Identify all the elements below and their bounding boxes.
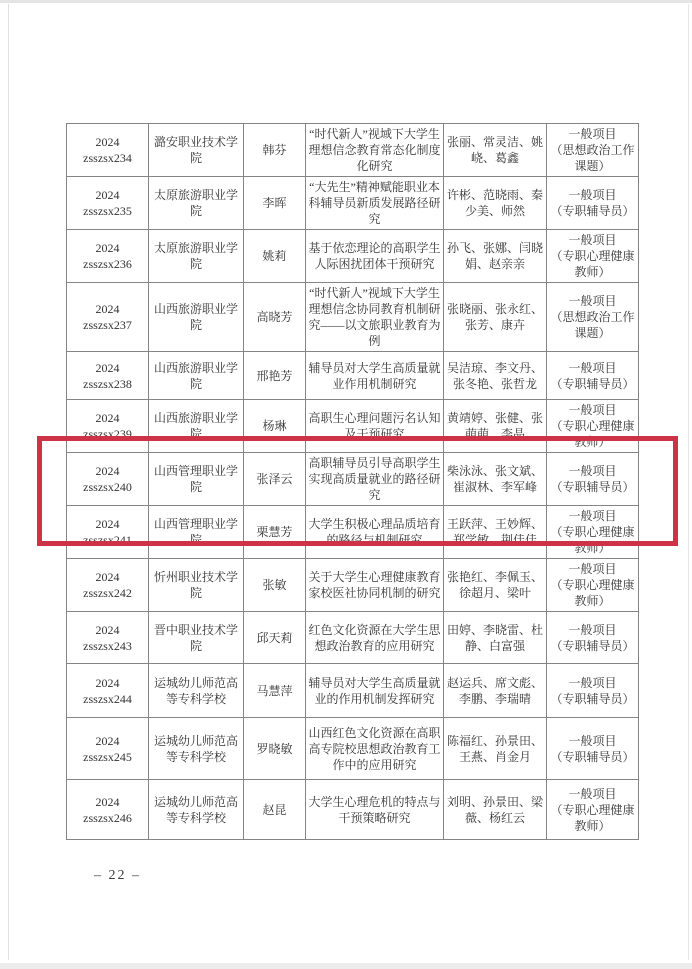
project-number: zsszsx244 <box>69 691 146 707</box>
cell-project-title: 辅导员对大学生高质量就业的作用机制发挥研究 <box>306 664 444 718</box>
cell-members: 黄靖婷、张健、张萌萌、李晶 <box>444 400 547 453</box>
project-year: 2024 <box>69 463 146 479</box>
cell-members: 王跃萍、王妙辉、郑学敏、荆佳佳 <box>444 506 547 559</box>
page-edge-top <box>0 0 692 3</box>
project-year: 2024 <box>69 187 146 203</box>
cell-project-code: 2024 zsszsx245 <box>67 718 149 780</box>
project-year: 2024 <box>69 410 146 426</box>
project-type-sub: （专职辅导员） <box>549 691 636 707</box>
cell-project-type: 一般项目 （专职心理健康教师） <box>547 400 639 453</box>
cell-project-title: 关于大学生心理健康教育家校医社协同机制的研究 <box>306 559 444 612</box>
project-number: zsszsx237 <box>69 317 146 333</box>
project-type-sub: （专职心理健康教师） <box>549 577 636 609</box>
project-type-main: 一般项目 <box>549 733 636 749</box>
cell-project-code: 2024 zsszsx238 <box>67 352 149 400</box>
cell-project-title: “时代新人”视域下大学生理想信念教育常态化制度化研究 <box>306 124 444 177</box>
cell-leader: 邢艳芳 <box>244 352 306 400</box>
cell-project-type: 一般项目 （专职辅导员） <box>547 177 639 230</box>
project-number: zsszsx240 <box>69 479 146 495</box>
project-number: zsszsx242 <box>69 585 146 601</box>
project-type-main: 一般项目 <box>549 463 636 479</box>
cell-leader: 李晖 <box>244 177 306 230</box>
project-type-main: 一般项目 <box>549 360 636 376</box>
cell-project-code: 2024 zsszsx241 <box>67 506 149 559</box>
project-year: 2024 <box>69 733 146 749</box>
cell-project-code: 2024 zsszsx243 <box>67 612 149 664</box>
project-type-main: 一般项目 <box>549 561 636 577</box>
cell-project-title: 大学生积极心理品质培育的路径与机制研究 <box>306 506 444 559</box>
table-row: 2024 zsszsx237 山西旅游职业学院 高晓芳 “时代新人”视域下大学生… <box>67 283 639 352</box>
cell-members: 张晓丽、张永红、张芳、康卉 <box>444 283 547 352</box>
project-type-sub: （专职心理健康教师） <box>549 802 636 834</box>
project-year: 2024 <box>69 134 146 150</box>
cell-project-type: 一般项目 （思想政治工作课题） <box>547 124 639 177</box>
project-type-main: 一般项目 <box>549 508 636 524</box>
cell-institution: 运城幼儿师范高等专科学校 <box>149 664 244 718</box>
project-year: 2024 <box>69 360 146 376</box>
table-row: 2024 zsszsx244 运城幼儿师范高等专科学校 马慧萍 辅导员对大学生高… <box>67 664 639 718</box>
projects-table: 2024 zsszsx234 潞安职业技术学院 韩芬 “时代新人”视域下大学生理… <box>66 123 639 840</box>
table-row: 2024 zsszsx234 潞安职业技术学院 韩芬 “时代新人”视域下大学生理… <box>67 124 639 177</box>
project-type-main: 一般项目 <box>549 126 636 142</box>
table-row: 2024 zsszsx246 运城幼儿师范高等专科学校 赵昆 大学生心理危机的特… <box>67 780 639 840</box>
project-type-main: 一般项目 <box>549 786 636 802</box>
project-number: zsszsx238 <box>69 376 146 392</box>
cell-project-code: 2024 zsszsx234 <box>67 124 149 177</box>
cell-leader: 韩芬 <box>244 124 306 177</box>
cell-project-type: 一般项目 （专职辅导员） <box>547 718 639 780</box>
project-type-sub: （专职辅导员） <box>549 638 636 654</box>
cell-leader: 栗慧芳 <box>244 506 306 559</box>
cell-project-type: 一般项目 （思想政治工作课题） <box>547 283 639 352</box>
cell-institution: 山西旅游职业学院 <box>149 352 244 400</box>
table-row: 2024 zsszsx235 太原旅游职业学院 李晖 “大先生”精神赋能职业本科… <box>67 177 639 230</box>
project-number: zsszsx245 <box>69 749 146 765</box>
project-type-sub: （专职辅导员） <box>549 376 636 392</box>
cell-members: 陈福红、孙景田、王燕、肖金月 <box>444 718 547 780</box>
cell-institution: 山西旅游职业学院 <box>149 400 244 453</box>
table-row: 2024 zsszsx242 忻州职业技术学院 张敏 关于大学生心理健康教育家校… <box>67 559 639 612</box>
project-year: 2024 <box>69 794 146 810</box>
cell-leader: 赵昆 <box>244 780 306 840</box>
cell-members: 赵运兵、席文彪、李鹏、李瑞晴 <box>444 664 547 718</box>
cell-leader: 高晓芳 <box>244 283 306 352</box>
cell-members: 孙飞、张娜、闫晓娟、赵亲亲 <box>444 230 547 283</box>
cell-project-code: 2024 zsszsx237 <box>67 283 149 352</box>
cell-leader: 邱天莉 <box>244 612 306 664</box>
cell-project-type: 一般项目 （专职心理健康教师） <box>547 230 639 283</box>
cell-project-type: 一般项目 （专职心理健康教师） <box>547 780 639 840</box>
cell-institution: 太原旅游职业学院 <box>149 230 244 283</box>
table-row: 2024 zsszsx245 运城幼儿师范高等专科学校 罗晓敏 山西红色文化资源… <box>67 718 639 780</box>
table-row: 2024 zsszsx236 太原旅游职业学院 姚莉 基于依恋理论的高职学生人际… <box>67 230 639 283</box>
cell-members: 柴泳泳、张文斌、崔淑林、李军峰 <box>444 453 547 506</box>
cell-institution: 忻州职业技术学院 <box>149 559 244 612</box>
table-row: 2024 zsszsx243 晋中职业技术学院 邱天莉 红色文化资源在大学生思想… <box>67 612 639 664</box>
cell-project-title: 基于依恋理论的高职学生人际困扰团体干预研究 <box>306 230 444 283</box>
cell-project-title: 高职辅导员引导高职学生实现高质量就业的路径研究 <box>306 453 444 506</box>
cell-leader: 罗晓敏 <box>244 718 306 780</box>
cell-institution: 太原旅游职业学院 <box>149 177 244 230</box>
cell-institution: 山西管理职业学院 <box>149 453 244 506</box>
page-edge-left <box>8 4 9 960</box>
cell-project-type: 一般项目 （专职心理健康教师） <box>547 506 639 559</box>
page-edge-bottom <box>0 963 692 969</box>
project-type-main: 一般项目 <box>549 187 636 203</box>
cell-project-type: 一般项目 （专职辅导员） <box>547 352 639 400</box>
cell-members: 张艳红、李佩玉、徐超月、梁叶 <box>444 559 547 612</box>
cell-members: 刘明、孙景田、梁薇、杨红云 <box>444 780 547 840</box>
project-number: zsszsx234 <box>69 150 146 166</box>
cell-institution: 晋中职业技术学院 <box>149 612 244 664</box>
project-type-sub: （思想政治工作课题） <box>549 142 636 174</box>
cell-project-title: 山西红色文化资源在高职高专院校思想政治教育工作中的应用研究 <box>306 718 444 780</box>
project-year: 2024 <box>69 516 146 532</box>
project-year: 2024 <box>69 675 146 691</box>
cell-institution: 山西管理职业学院 <box>149 506 244 559</box>
cell-members: 吴洁琼、李文丹、张冬艳、张哲龙 <box>444 352 547 400</box>
cell-project-code: 2024 zsszsx246 <box>67 780 149 840</box>
project-year: 2024 <box>69 622 146 638</box>
project-type-main: 一般项目 <box>549 622 636 638</box>
cell-project-title: 辅导员对大学生高质量就业作用机制研究 <box>306 352 444 400</box>
project-type-main: 一般项目 <box>549 232 636 248</box>
cell-project-title: “时代新人”视域下大学生理想信念协同教育机制研究——以文旅职业教育为例 <box>306 283 444 352</box>
project-type-sub: （专职辅导员） <box>549 203 636 219</box>
project-number: zsszsx246 <box>69 810 146 826</box>
cell-institution: 潞安职业技术学院 <box>149 124 244 177</box>
project-number: zsszsx239 <box>69 426 146 442</box>
cell-members: 张丽、常灵洁、姚峣、葛鑫 <box>444 124 547 177</box>
project-number: zsszsx235 <box>69 203 146 219</box>
cell-members: 许彬、范晓雨、秦少美、师然 <box>444 177 547 230</box>
project-number: zsszsx236 <box>69 256 146 272</box>
cell-project-code: 2024 zsszsx244 <box>67 664 149 718</box>
cell-institution: 运城幼儿师范高等专科学校 <box>149 780 244 840</box>
cell-project-type: 一般项目 （专职心理健康教师） <box>547 559 639 612</box>
cell-leader: 马慧萍 <box>244 664 306 718</box>
page-edge-right <box>688 4 689 960</box>
project-year: 2024 <box>69 301 146 317</box>
project-type-sub: （专职心理健康教师） <box>549 524 636 556</box>
project-year: 2024 <box>69 569 146 585</box>
project-type-sub: （专职辅导员） <box>549 479 636 495</box>
table-row: 2024 zsszsx241 山西管理职业学院 栗慧芳 大学生积极心理品质培育的… <box>67 506 639 559</box>
cell-project-type: 一般项目 （专职辅导员） <box>547 453 639 506</box>
project-type-main: 一般项目 <box>549 293 636 309</box>
cell-members: 田婷、李晓雷、杜静、白富强 <box>444 612 547 664</box>
table-row: 2024 zsszsx238 山西旅游职业学院 邢艳芳 辅导员对大学生高质量就业… <box>67 352 639 400</box>
cell-project-title: 高职生心理问题污名认知及干预研究 <box>306 400 444 453</box>
project-number: zsszsx241 <box>69 532 146 548</box>
table-row: 2024 zsszsx239 山西旅游职业学院 杨琳 高职生心理问题污名认知及干… <box>67 400 639 453</box>
cell-project-code: 2024 zsszsx242 <box>67 559 149 612</box>
project-type-sub: （专职心理健康教师） <box>549 418 636 450</box>
cell-leader: 张敏 <box>244 559 306 612</box>
table-row: 2024 zsszsx240 山西管理职业学院 张泽云 高职辅导员引导高职学生实… <box>67 453 639 506</box>
project-year: 2024 <box>69 240 146 256</box>
page-number: – 22 – <box>94 868 141 884</box>
cell-institution: 山西旅游职业学院 <box>149 283 244 352</box>
cell-project-code: 2024 zsszsx235 <box>67 177 149 230</box>
cell-project-code: 2024 zsszsx240 <box>67 453 149 506</box>
project-type-sub: （思想政治工作课题） <box>549 309 636 341</box>
project-type-sub: （专职辅导员） <box>549 749 636 765</box>
cell-institution: 运城幼儿师范高等专科学校 <box>149 718 244 780</box>
project-number: zsszsx243 <box>69 638 146 654</box>
cell-leader: 张泽云 <box>244 453 306 506</box>
cell-project-title: 大学生心理危机的特点与干预策略研究 <box>306 780 444 840</box>
cell-leader: 姚莉 <box>244 230 306 283</box>
cell-project-type: 一般项目 （专职辅导员） <box>547 612 639 664</box>
cell-project-type: 一般项目 （专职辅导员） <box>547 664 639 718</box>
project-type-main: 一般项目 <box>549 402 636 418</box>
cell-project-title: 红色文化资源在大学生思想政治教育的应用研究 <box>306 612 444 664</box>
cell-leader: 杨琳 <box>244 400 306 453</box>
cell-project-code: 2024 zsszsx239 <box>67 400 149 453</box>
project-type-main: 一般项目 <box>549 675 636 691</box>
project-type-sub: （专职心理健康教师） <box>549 248 636 280</box>
cell-project-title: “大先生”精神赋能职业本科辅导员新质发展路径研究 <box>306 177 444 230</box>
cell-project-code: 2024 zsszsx236 <box>67 230 149 283</box>
